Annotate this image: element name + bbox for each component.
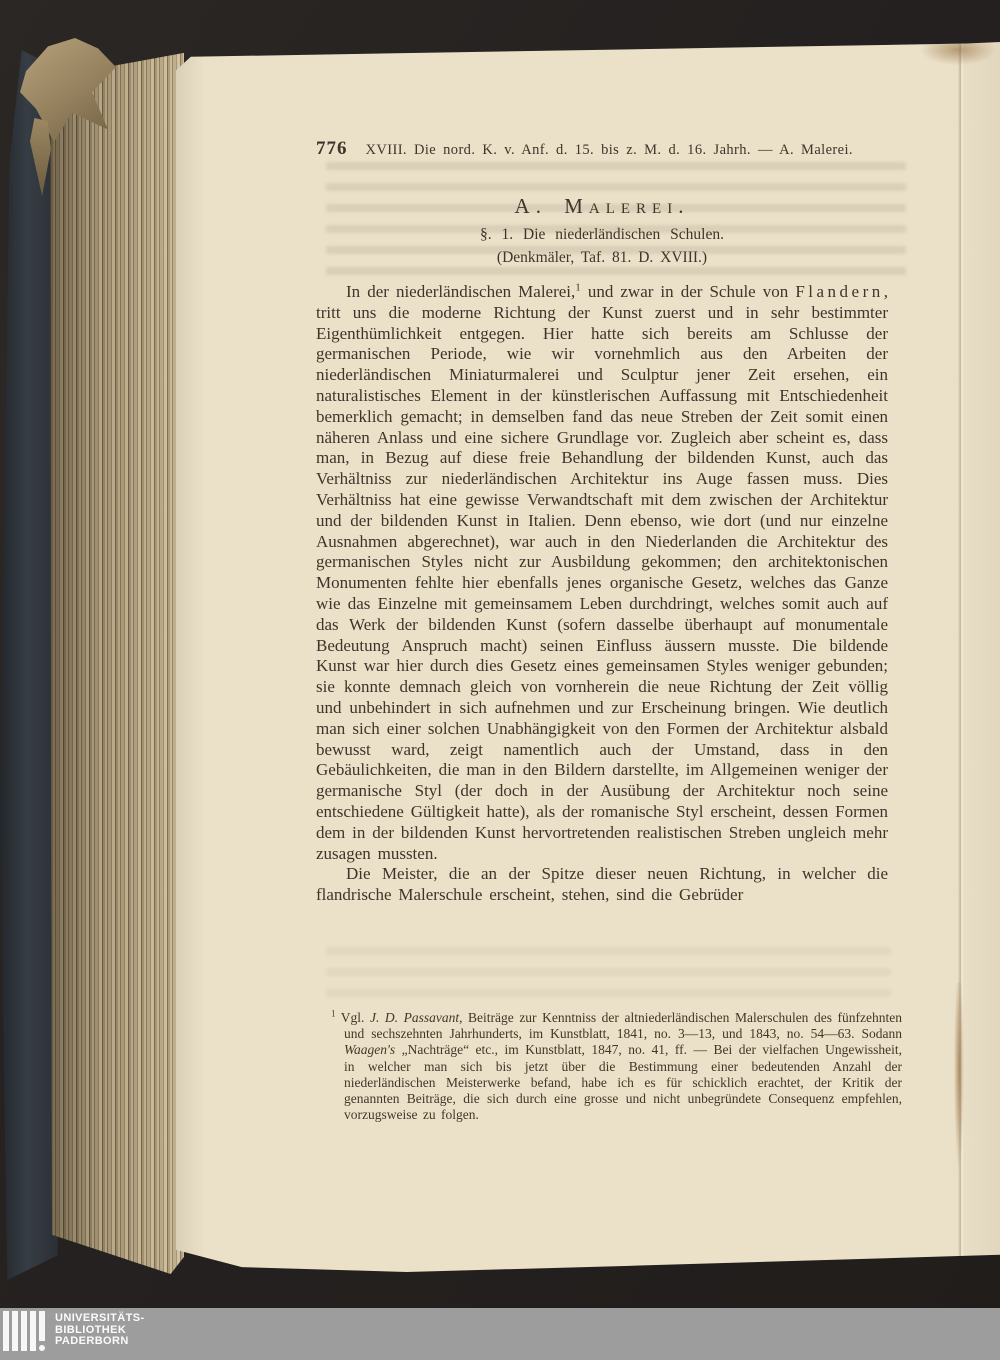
stain-streak	[954, 982, 964, 1187]
library-name-line: UNIVERSITÄTS-	[55, 1313, 145, 1325]
subsection-reference: (Denkmäler, Taf. 81. D. XVIII.)	[316, 249, 888, 267]
running-header: XVIII. Die nord. K. v. Anf. d. 15. bis z…	[366, 142, 853, 159]
fanned-page-edges	[50, 48, 184, 1274]
footnote: 1 Vgl. J. D. Passavant, Beiträge zur Ken…	[331, 1010, 902, 1123]
paragraph: Die Meister, die an der Spitze dieser ne…	[316, 864, 888, 906]
library-name-line: PADERBORN	[55, 1336, 145, 1348]
running-header-row: 776 XVIII. Die nord. K. v. Anf. d. 15. b…	[316, 138, 888, 160]
page-number: 776	[316, 138, 348, 160]
paragraph: In der niederländischen Malerei,1 und zw…	[316, 282, 888, 864]
footer-bar: UNIVERSITÄTS- BIBLIOTHEK PADERBORN	[0, 1308, 1000, 1360]
library-logo: UNIVERSITÄTS- BIBLIOTHEK PADERBORN	[3, 1311, 145, 1358]
subsection-heading: §. 1. Die niederländischen Schulen.	[316, 226, 888, 244]
body-text: In der niederländischen Malerei,1 und zw…	[316, 282, 888, 906]
stain-top-right	[916, 42, 1000, 68]
library-name: UNIVERSITÄTS- BIBLIOTHEK PADERBORN	[55, 1313, 145, 1348]
library-bars-icon	[3, 1311, 47, 1358]
page-content: 776 XVIII. Die nord. K. v. Anf. d. 15. b…	[316, 42, 888, 906]
section-heading: A. Malerei.	[316, 194, 888, 219]
book-page: 776 XVIII. Die nord. K. v. Anf. d. 15. b…	[176, 42, 1000, 1272]
